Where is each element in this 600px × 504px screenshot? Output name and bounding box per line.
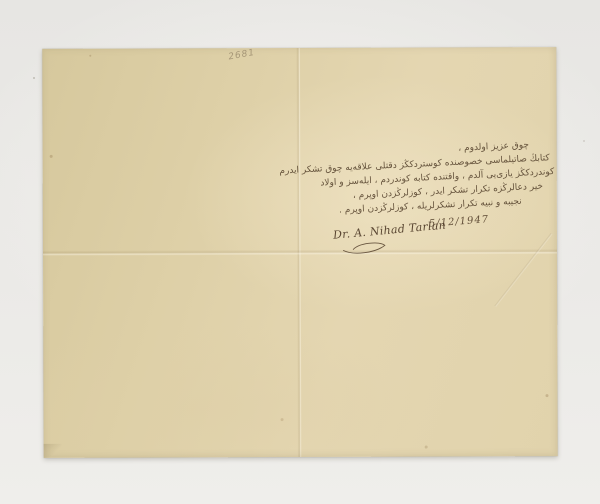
foxing-spot: [425, 446, 428, 449]
handwritten-text-block: چوق عزيز اولدوم ، كتابڭ صاتيلماسى خصوصند…: [303, 137, 556, 219]
foxing-spot: [281, 418, 284, 421]
vertical-fold-crease: [296, 48, 301, 457]
foxing-spot: [50, 155, 53, 158]
dust-speck: [33, 77, 35, 79]
corner-wear: [44, 444, 62, 458]
photo-backdrop: 2681 چوق عزيز اولدوم ، كتابڭ صاتيلماسى خ…: [0, 0, 600, 504]
pencil-inventory-number: 2681: [228, 48, 256, 63]
dust-speck: [583, 140, 585, 142]
horizontal-fold-crease: [43, 249, 557, 256]
foxing-spot: [545, 394, 548, 397]
foxing-spot: [89, 55, 91, 57]
diagonal-fold-crease: [494, 233, 552, 307]
signature-flourish: [338, 238, 391, 258]
letter-paper: 2681 چوق عزيز اولدوم ، كتابڭ صاتيلماسى خ…: [42, 47, 557, 458]
